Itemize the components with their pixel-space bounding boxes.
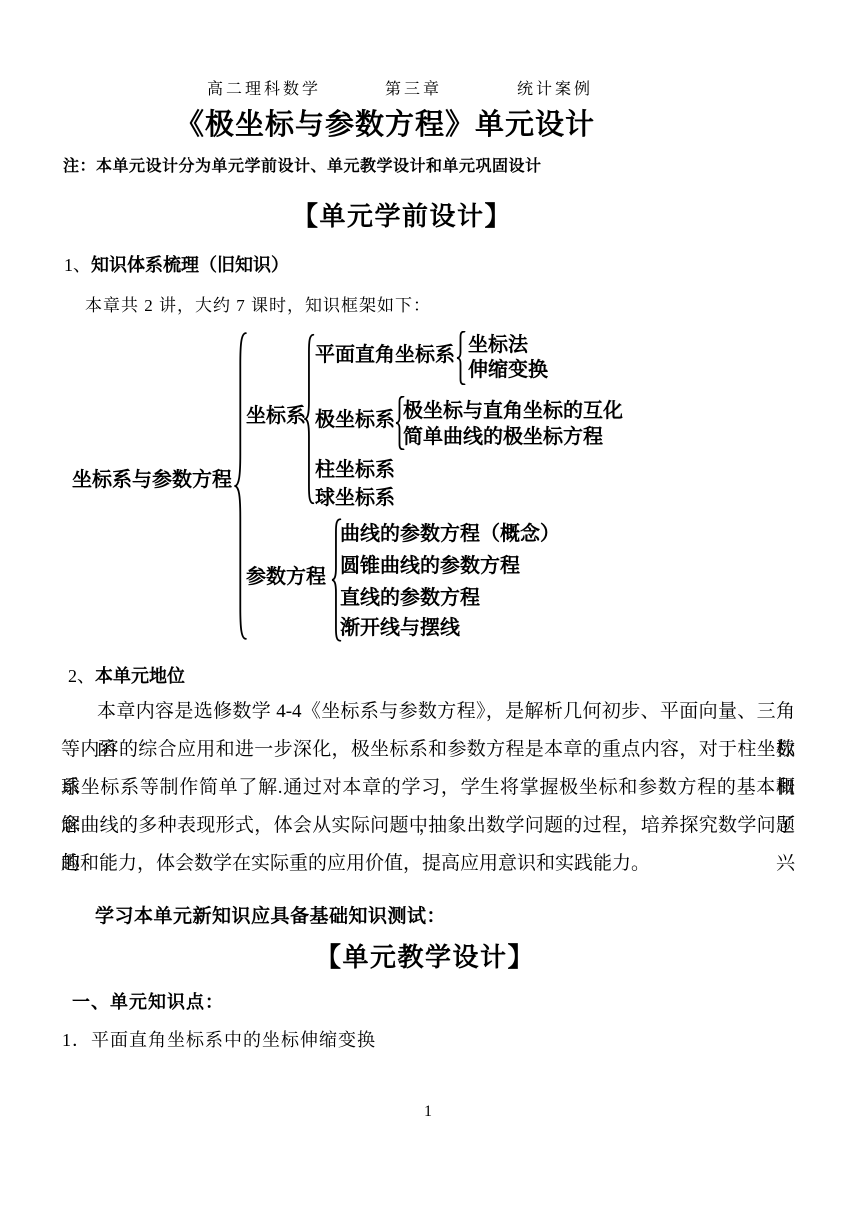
unit-knowledge-points-heading: 一、单元知识点： xyxy=(72,988,224,1014)
document-page: 高二理科数学 第三章 统计案例 《极坐标与参数方程》单元设计 注：本单元设计分为… xyxy=(0,0,856,1210)
section1-heading: 【单元学前设计】 xyxy=(292,196,512,233)
paragraph-line: 球坐标系等制作简单了解.通过对本章的学习，学生将掌握极坐标和参数方程的基本概念，… xyxy=(61,769,795,807)
chapter-intro-line: 本章共 2 讲，大约 7 课时，知识框架如下： xyxy=(85,291,431,316)
diagram-root-label: 坐标系与参数方程 xyxy=(72,467,232,493)
note-line: 注：本单元设计分为单元学前设计、单元教学设计和单元巩固设计 xyxy=(63,153,542,176)
polar-coord-label: 极坐标系 xyxy=(315,407,395,433)
coordinate-systems-label: 坐标系 xyxy=(246,403,306,429)
header-course: 高二理科数学 xyxy=(207,76,321,99)
simple-curve-polar-eq-label: 简单曲线的极坐标方程 xyxy=(403,424,603,450)
cylindrical-coord-label: 柱坐标系 xyxy=(315,457,395,483)
unit-position-heading: 2、本单元地位 xyxy=(68,662,185,688)
paragraph-line: 解曲线的多种表现形式，体会从实际问题中抽象出数学问题的过程，培养探究数学问题的兴 xyxy=(61,807,795,845)
header-chapter: 第三章 xyxy=(385,76,442,99)
heading-text: 本单元地位 xyxy=(95,666,185,686)
header-section: 统计案例 xyxy=(517,76,593,99)
coord-method-label: 坐标法 xyxy=(468,332,528,358)
rect-coord-brace xyxy=(456,331,466,385)
heading-text: 知识体系梳理（旧知识） xyxy=(91,255,289,275)
rect-coord-label: 平面直角坐标系 xyxy=(315,342,455,368)
polar-rect-conversion-label: 极坐标与直角坐标的互化 xyxy=(403,398,623,424)
conic-parametric-label: 圆锥曲线的参数方程 xyxy=(340,553,520,579)
paragraph-line: 本章内容是选修数学 4-4《坐标系与参数方程》，是解析几何初步、平面向量、三角函… xyxy=(61,693,795,731)
heading-number: 1、 xyxy=(64,255,91,275)
heading-number: 2、 xyxy=(68,666,95,686)
parametric-eq-label: 参数方程 xyxy=(246,564,326,590)
parametric-brace xyxy=(331,518,342,642)
paragraph-line: 等内容的综合应用和进一步深化，极坐标系和参数方程是本章的重点内容，对于柱坐标系和 xyxy=(61,731,795,769)
prerequisite-test-line: 学习本单元新知识应具备基础知识测试： xyxy=(95,901,446,928)
unit-position-paragraph: 本章内容是选修数学 4-4《坐标系与参数方程》，是解析几何初步、平面向量、三角函… xyxy=(61,693,795,883)
knowledge-point-1: 1．平面直角坐标系中的坐标伸缩变换 xyxy=(62,1026,376,1052)
scaling-transform-label: 伸缩变换 xyxy=(468,357,548,383)
knowledge-review-heading: 1、知识体系梳理（旧知识） xyxy=(64,251,289,277)
curve-parametric-label: 曲线的参数方程（概念） xyxy=(340,521,560,547)
section2-heading: 【单元教学设计】 xyxy=(315,937,535,974)
spherical-coord-label: 球坐标系 xyxy=(315,485,395,511)
outer-brace xyxy=(234,330,248,642)
coordinate-brace xyxy=(304,333,315,505)
page-number: 1 xyxy=(0,1103,856,1121)
polar-coord-brace xyxy=(395,396,405,450)
line-parametric-label: 直线的参数方程 xyxy=(340,585,480,611)
involute-cycloid-label: 渐开线与摆线 xyxy=(340,615,460,641)
page-title: 《极坐标与参数方程》单元设计 xyxy=(175,102,595,143)
